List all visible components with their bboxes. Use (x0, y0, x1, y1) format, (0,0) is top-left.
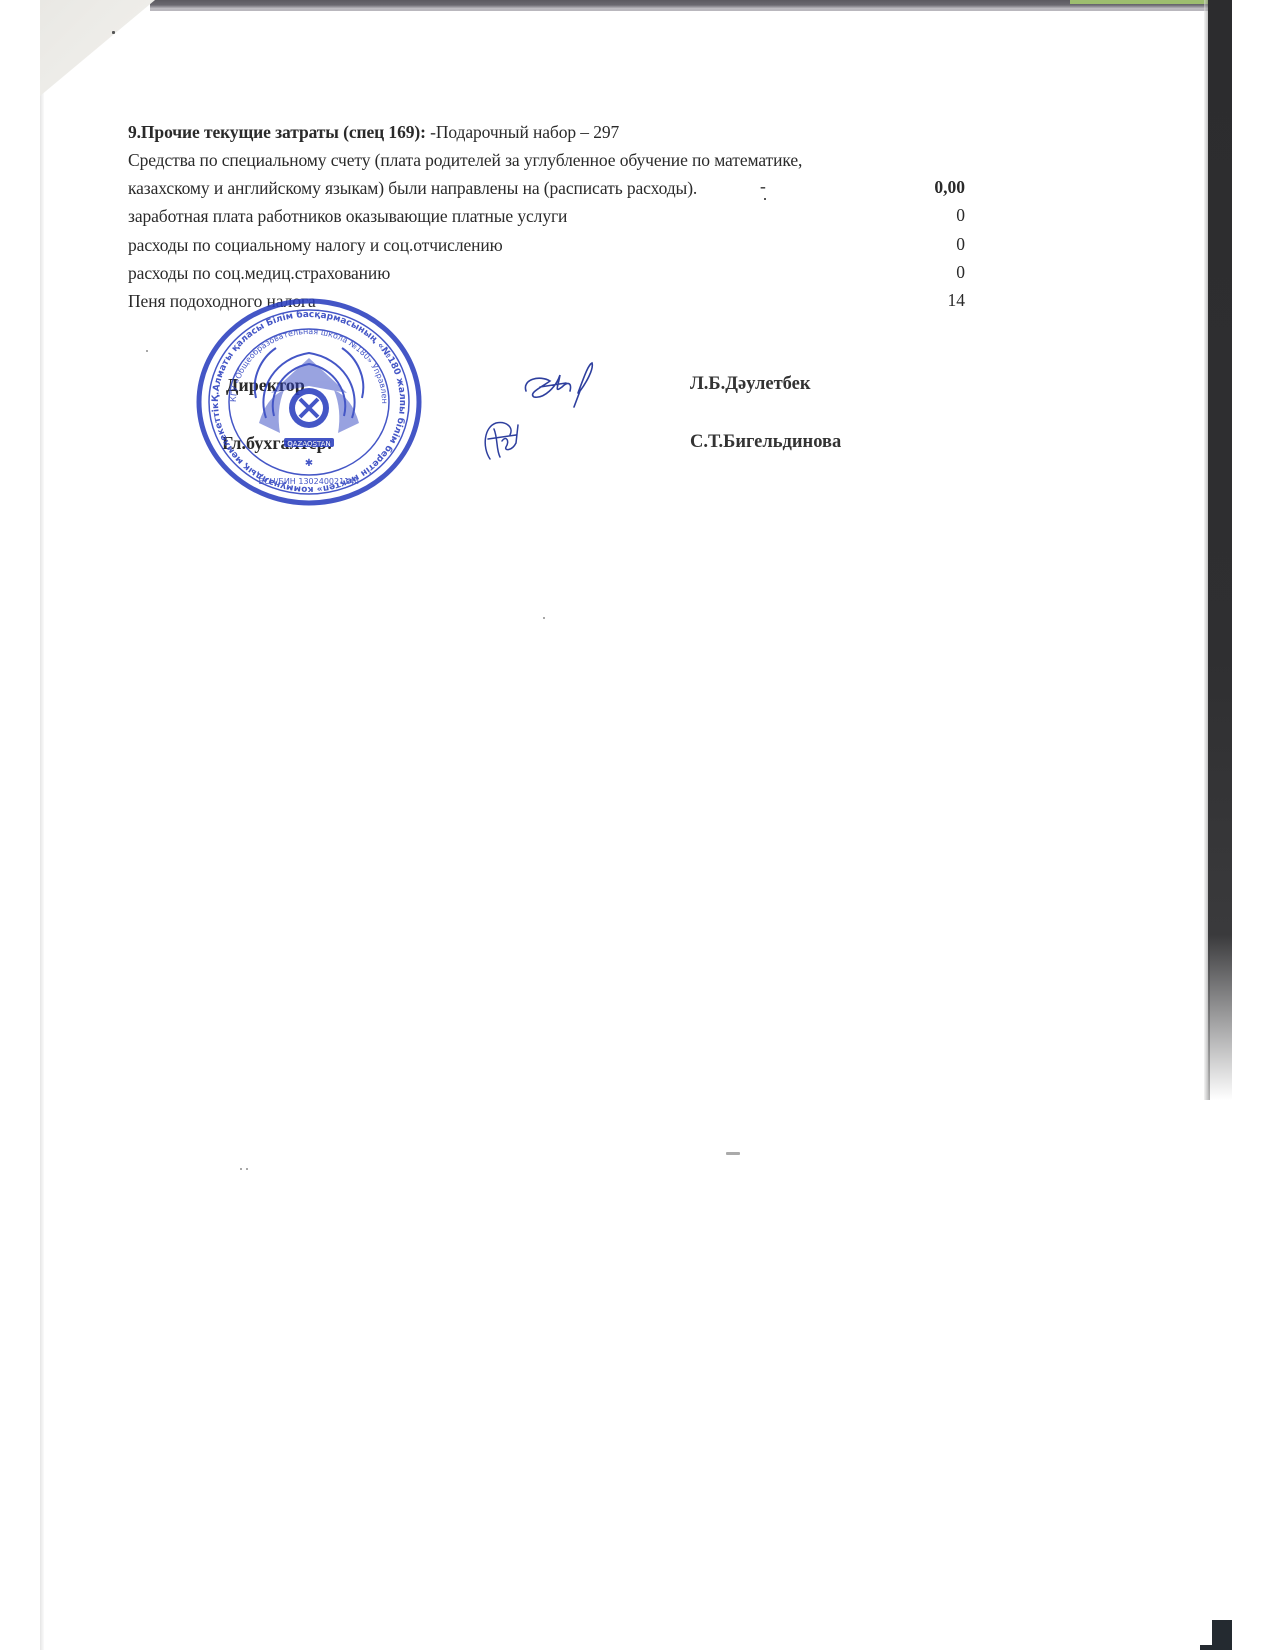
special-account-total: 0,00 (934, 177, 965, 197)
section-heading-rest: -Подарочный набор – 297 (426, 122, 619, 142)
folded-page-corner (40, 0, 155, 96)
special-account-dash: - (760, 176, 766, 196)
expense-row-label: расходы по социальному налогу и соц.отчи… (128, 235, 503, 255)
director-signature-icon (520, 357, 600, 409)
scan-speck (146, 350, 148, 352)
scan-top-shadow (150, 0, 1215, 9)
scan-speck (543, 617, 545, 619)
official-stamp-icon: Қ.Алматы қаласы Білім басқармасының «№18… (196, 298, 422, 506)
scan-top-green-strip (1070, 0, 1215, 4)
section-heading-bold: 9.Прочие текущие затраты (спец 169): (128, 122, 426, 142)
scan-bottom-right-mark-2 (1200, 1645, 1214, 1650)
scan-speck (726, 1152, 740, 1155)
special-account-line-2: казахскому и английскому языкам) были на… (128, 178, 697, 198)
scan-top-edge-line (150, 9, 1210, 11)
scan-speck (764, 198, 766, 200)
expense-row-label: заработная плата работников оказывающие … (128, 206, 567, 226)
expense-row-value: 0 (956, 262, 965, 282)
special-account-line-1: Средства по специальному счету (плата ро… (128, 150, 802, 170)
expense-row-value: 0 (956, 205, 965, 225)
svg-text:БСН/БИН 130240021144: БСН/БИН 130240021144 (259, 477, 360, 486)
director-name: Л.Б.Дәулетбек (690, 373, 811, 395)
scan-right-dark-band (1208, 0, 1232, 1100)
scan-left-edge (40, 0, 44, 1650)
svg-text:✱: ✱ (305, 458, 313, 469)
accountant-name: С.Т.Бигельдинова (690, 431, 841, 453)
scan-bottom-right-mark (1212, 1620, 1232, 1650)
expense-row-value: 0 (956, 234, 965, 254)
scan-speck (112, 31, 115, 34)
scan-speck (246, 1168, 248, 1170)
scan-speck (240, 1168, 242, 1170)
accountant-signature-icon (480, 417, 522, 463)
expense-row-label: расходы по соц.медиц.страхованию (128, 263, 390, 283)
svg-text:QAZAQSTAN: QAZAQSTAN (287, 440, 330, 448)
section-heading: 9.Прочие текущие затраты (спец 169): -По… (128, 122, 619, 142)
expense-row-value: 14 (948, 290, 966, 310)
